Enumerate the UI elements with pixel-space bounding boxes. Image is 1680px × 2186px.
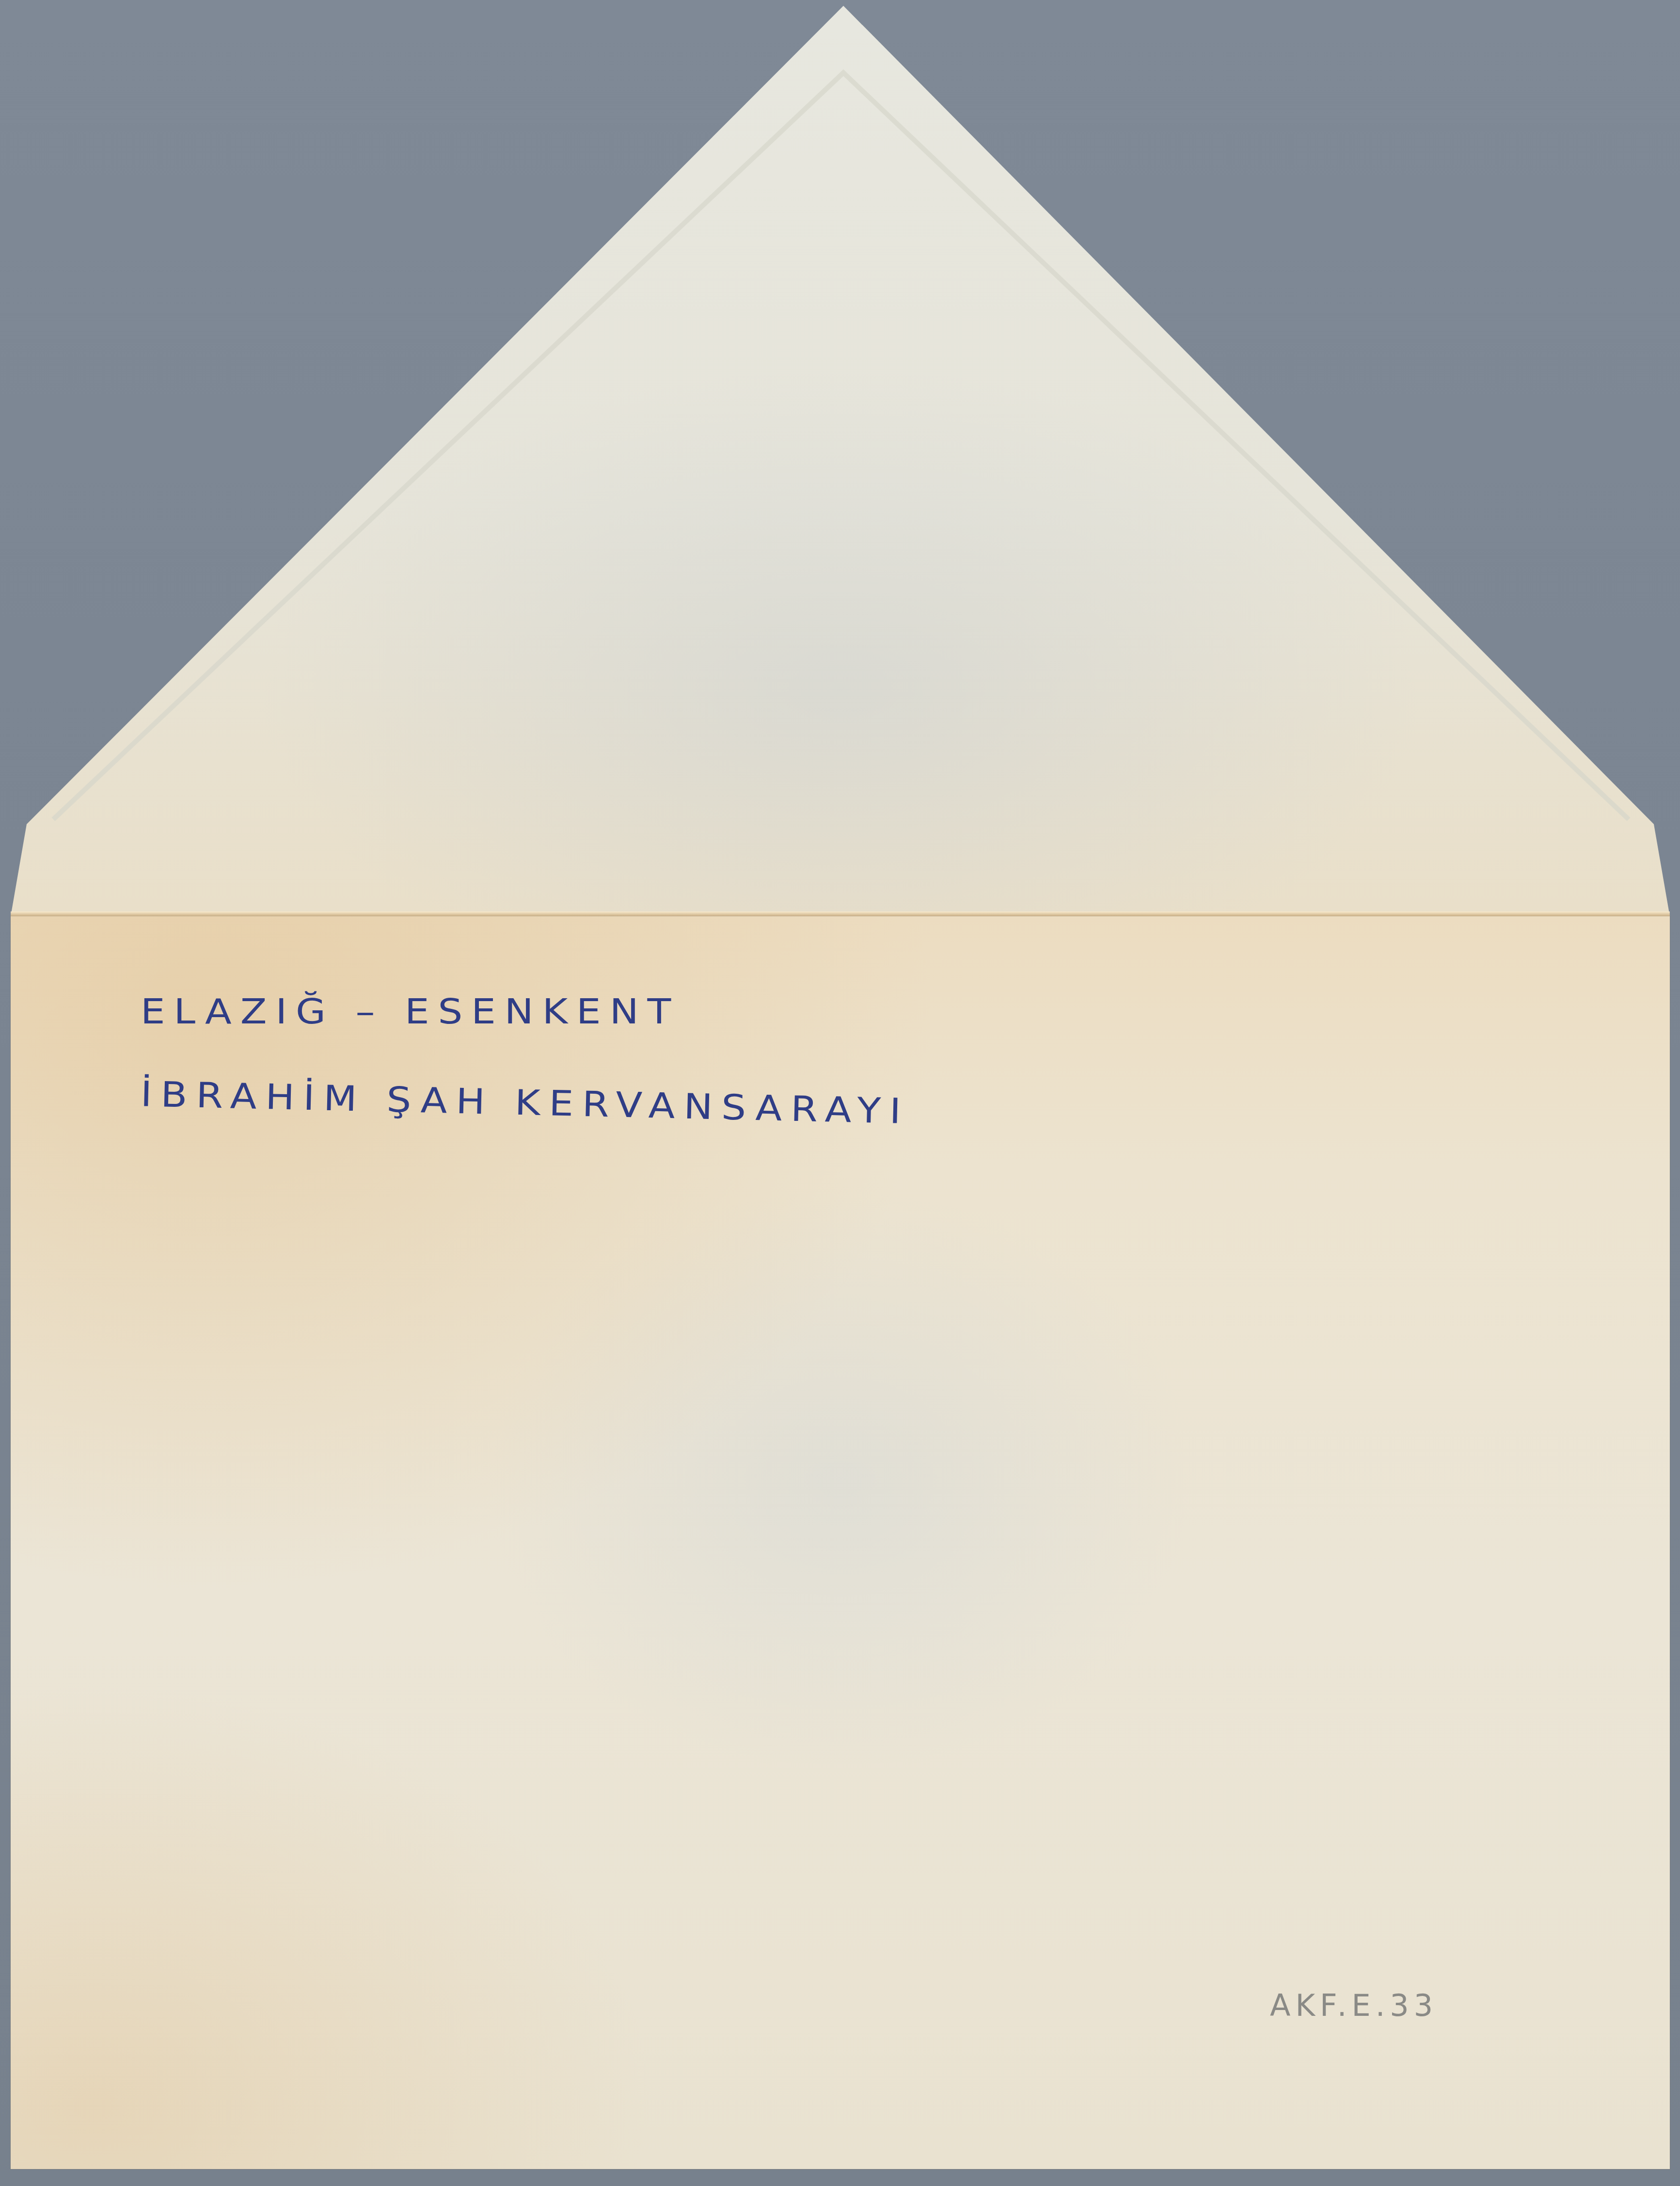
envelope-flap <box>0 0 1680 950</box>
archive-reference-code: AKF.E.33 <box>1270 1988 1438 2023</box>
handwritten-location: ELAZIĞ – ESENKENT <box>141 991 680 1032</box>
